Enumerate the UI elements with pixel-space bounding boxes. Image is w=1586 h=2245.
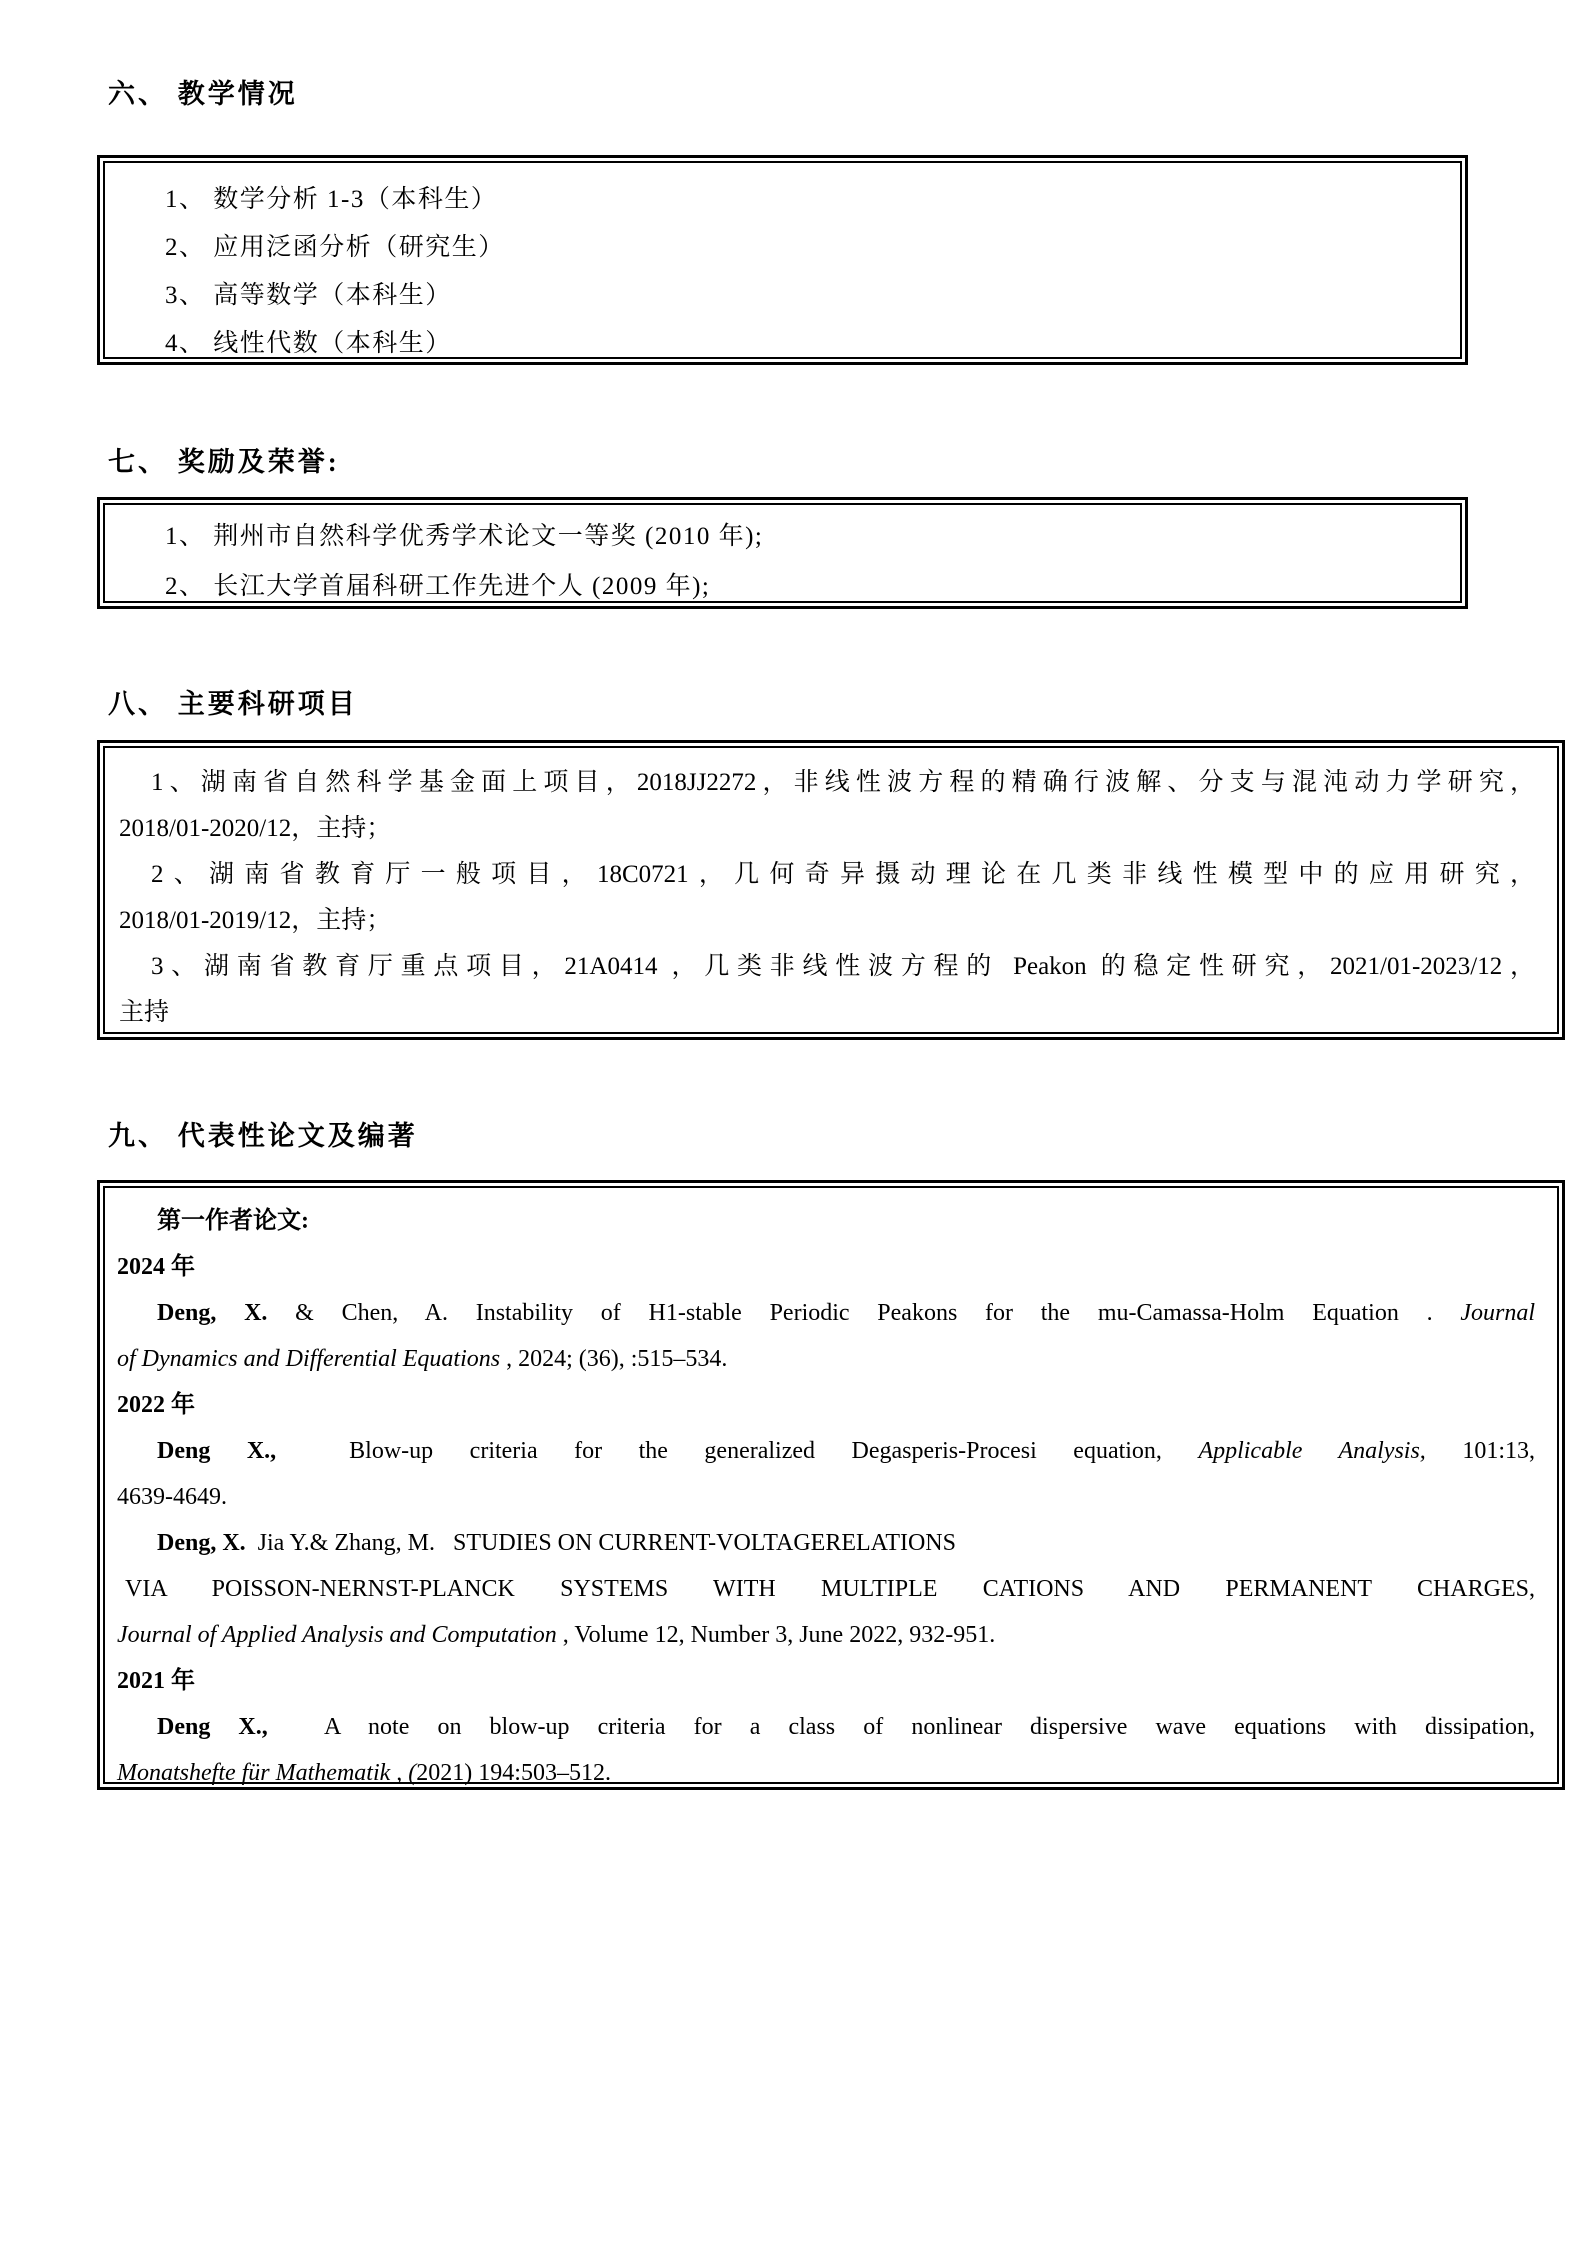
teaching-list: 1、 数学分析 1-3（本科生） 2、 应用泛函分析（研究生） 3、 高等数学（… [103, 161, 1462, 359]
projects-list: 1、湖南省自然科学基金面上项目，2018JJ2272，非线性波方程的精确行波解、… [103, 746, 1559, 1034]
entry-text: Jia Y.& Zhang, M. STUDIES ON CURRENT-VOL… [246, 1530, 956, 1556]
year-heading-2021: 2021 年 [117, 1658, 1535, 1704]
publication-entry-2022a-line1: Deng X., Blow-up criteria for the genera… [117, 1428, 1535, 1474]
journal-name: Journal [1460, 1300, 1535, 1326]
entry-text: Blow-up criteria for the generalized Deg… [276, 1438, 1198, 1464]
entry-text: , 2024; (36), :515–534. [500, 1346, 727, 1372]
publication-entry-2024-line2: of Dynamics and Differential Equations ,… [117, 1336, 1535, 1382]
journal-name: of Dynamics and Differential Equations [117, 1346, 500, 1372]
project-line: 3、湖南省教育厅重点项目，21A0414 ，几类非线性波方程的 Peakon 的… [119, 944, 1535, 990]
publications-box: 第一作者论文: 2024 年 Deng, X. & Chen, A. Insta… [97, 1180, 1565, 1790]
publications-list: 第一作者论文: 2024 年 Deng, X. & Chen, A. Insta… [103, 1186, 1559, 1784]
author-name: Deng X., [157, 1438, 276, 1464]
author-name: Deng, X. [157, 1530, 246, 1556]
project-line: 主持 [119, 990, 1535, 1036]
teaching-item: 1、 数学分析 1-3（本科生） [165, 176, 1436, 224]
entry-text: A note on blow-up criteria for a class o… [268, 1714, 1535, 1740]
author-name: Deng, X. [157, 1300, 267, 1326]
entry-text: 101:13, [1426, 1438, 1535, 1464]
publication-entry-2022b-line1: Deng, X. Jia Y.& Zhang, M. STUDIES ON CU… [117, 1520, 1535, 1566]
project-line: 2018/01-2020/12，主持； [119, 806, 1535, 852]
cv-document-page: 六、 教学情况 1、 数学分析 1-3（本科生） 2、 应用泛函分析（研究生） … [0, 0, 1586, 2245]
entry-text: & Chen, A. Instability of H1-stable Peri… [267, 1300, 1460, 1326]
entry-text: , Volume 12, Number 3, June 2022, 932-95… [557, 1622, 995, 1648]
section-heading-awards: 七、 奖励及荣誉: [108, 440, 340, 479]
projects-box: 1、湖南省自然科学基金面上项目，2018JJ2272，非线性波方程的精确行波解、… [97, 740, 1565, 1040]
project-line: 2、湖南省教育厅一般项目，18C0721，几何奇异摄动理论在几类非线性模型中的应… [119, 852, 1535, 898]
teaching-item: 4、 线性代数（本科生） [165, 320, 1436, 368]
journal-name: Monatshefte für Mathematik , ( [117, 1760, 416, 1786]
journal-name: Applicable Analysis, [1198, 1438, 1425, 1464]
first-author-label: 第一作者论文: [117, 1198, 1535, 1244]
year-heading-2024: 2024 年 [117, 1244, 1535, 1290]
section-heading-projects: 八、 主要科研项目 [108, 682, 358, 721]
author-name: Deng X., [157, 1714, 268, 1740]
publication-entry-2024-line1: Deng, X. & Chen, A. Instability of H1-st… [117, 1290, 1535, 1336]
teaching-box: 1、 数学分析 1-3（本科生） 2、 应用泛函分析（研究生） 3、 高等数学（… [97, 155, 1468, 365]
entry-text: 2021) 194:503–512. [416, 1760, 611, 1786]
teaching-item: 2、 应用泛函分析（研究生） [165, 224, 1436, 272]
awards-list: 1、 荆州市自然科学优秀学术论文一等奖 (2010 年); 2、 长江大学首届科… [103, 503, 1462, 603]
section-heading-teaching: 六、 教学情况 [108, 72, 298, 111]
publication-entry-2022b-line2: VIA POISSON-NERNST-PLANCK SYSTEMS WITH M… [117, 1566, 1535, 1612]
teaching-item: 3、 高等数学（本科生） [165, 272, 1436, 320]
section-heading-publications: 九、 代表性论文及编著 [108, 1114, 418, 1153]
journal-name: Journal of Applied Analysis and Computat… [117, 1622, 557, 1648]
publication-entry-2022a-line2: 4639-4649. [117, 1474, 1535, 1520]
publication-entry-2021-line1: Deng X., A note on blow-up criteria for … [117, 1704, 1535, 1750]
publication-entry-2022b-line3: Journal of Applied Analysis and Computat… [117, 1612, 1535, 1658]
year-heading-2022: 2022 年 [117, 1382, 1535, 1428]
award-item: 1、 荆州市自然科学优秀学术论文一等奖 (2010 年); [165, 512, 1436, 562]
award-item: 2、 长江大学首届科研工作先进个人 (2009 年); [165, 562, 1436, 612]
project-line: 2018/01-2019/12，主持； [119, 898, 1535, 944]
publication-entry-2021-line2: Monatshefte für Mathematik , (2021) 194:… [117, 1750, 1535, 1796]
project-line: 1、湖南省自然科学基金面上项目，2018JJ2272，非线性波方程的精确行波解、… [119, 760, 1535, 806]
awards-box: 1、 荆州市自然科学优秀学术论文一等奖 (2010 年); 2、 长江大学首届科… [97, 497, 1468, 609]
